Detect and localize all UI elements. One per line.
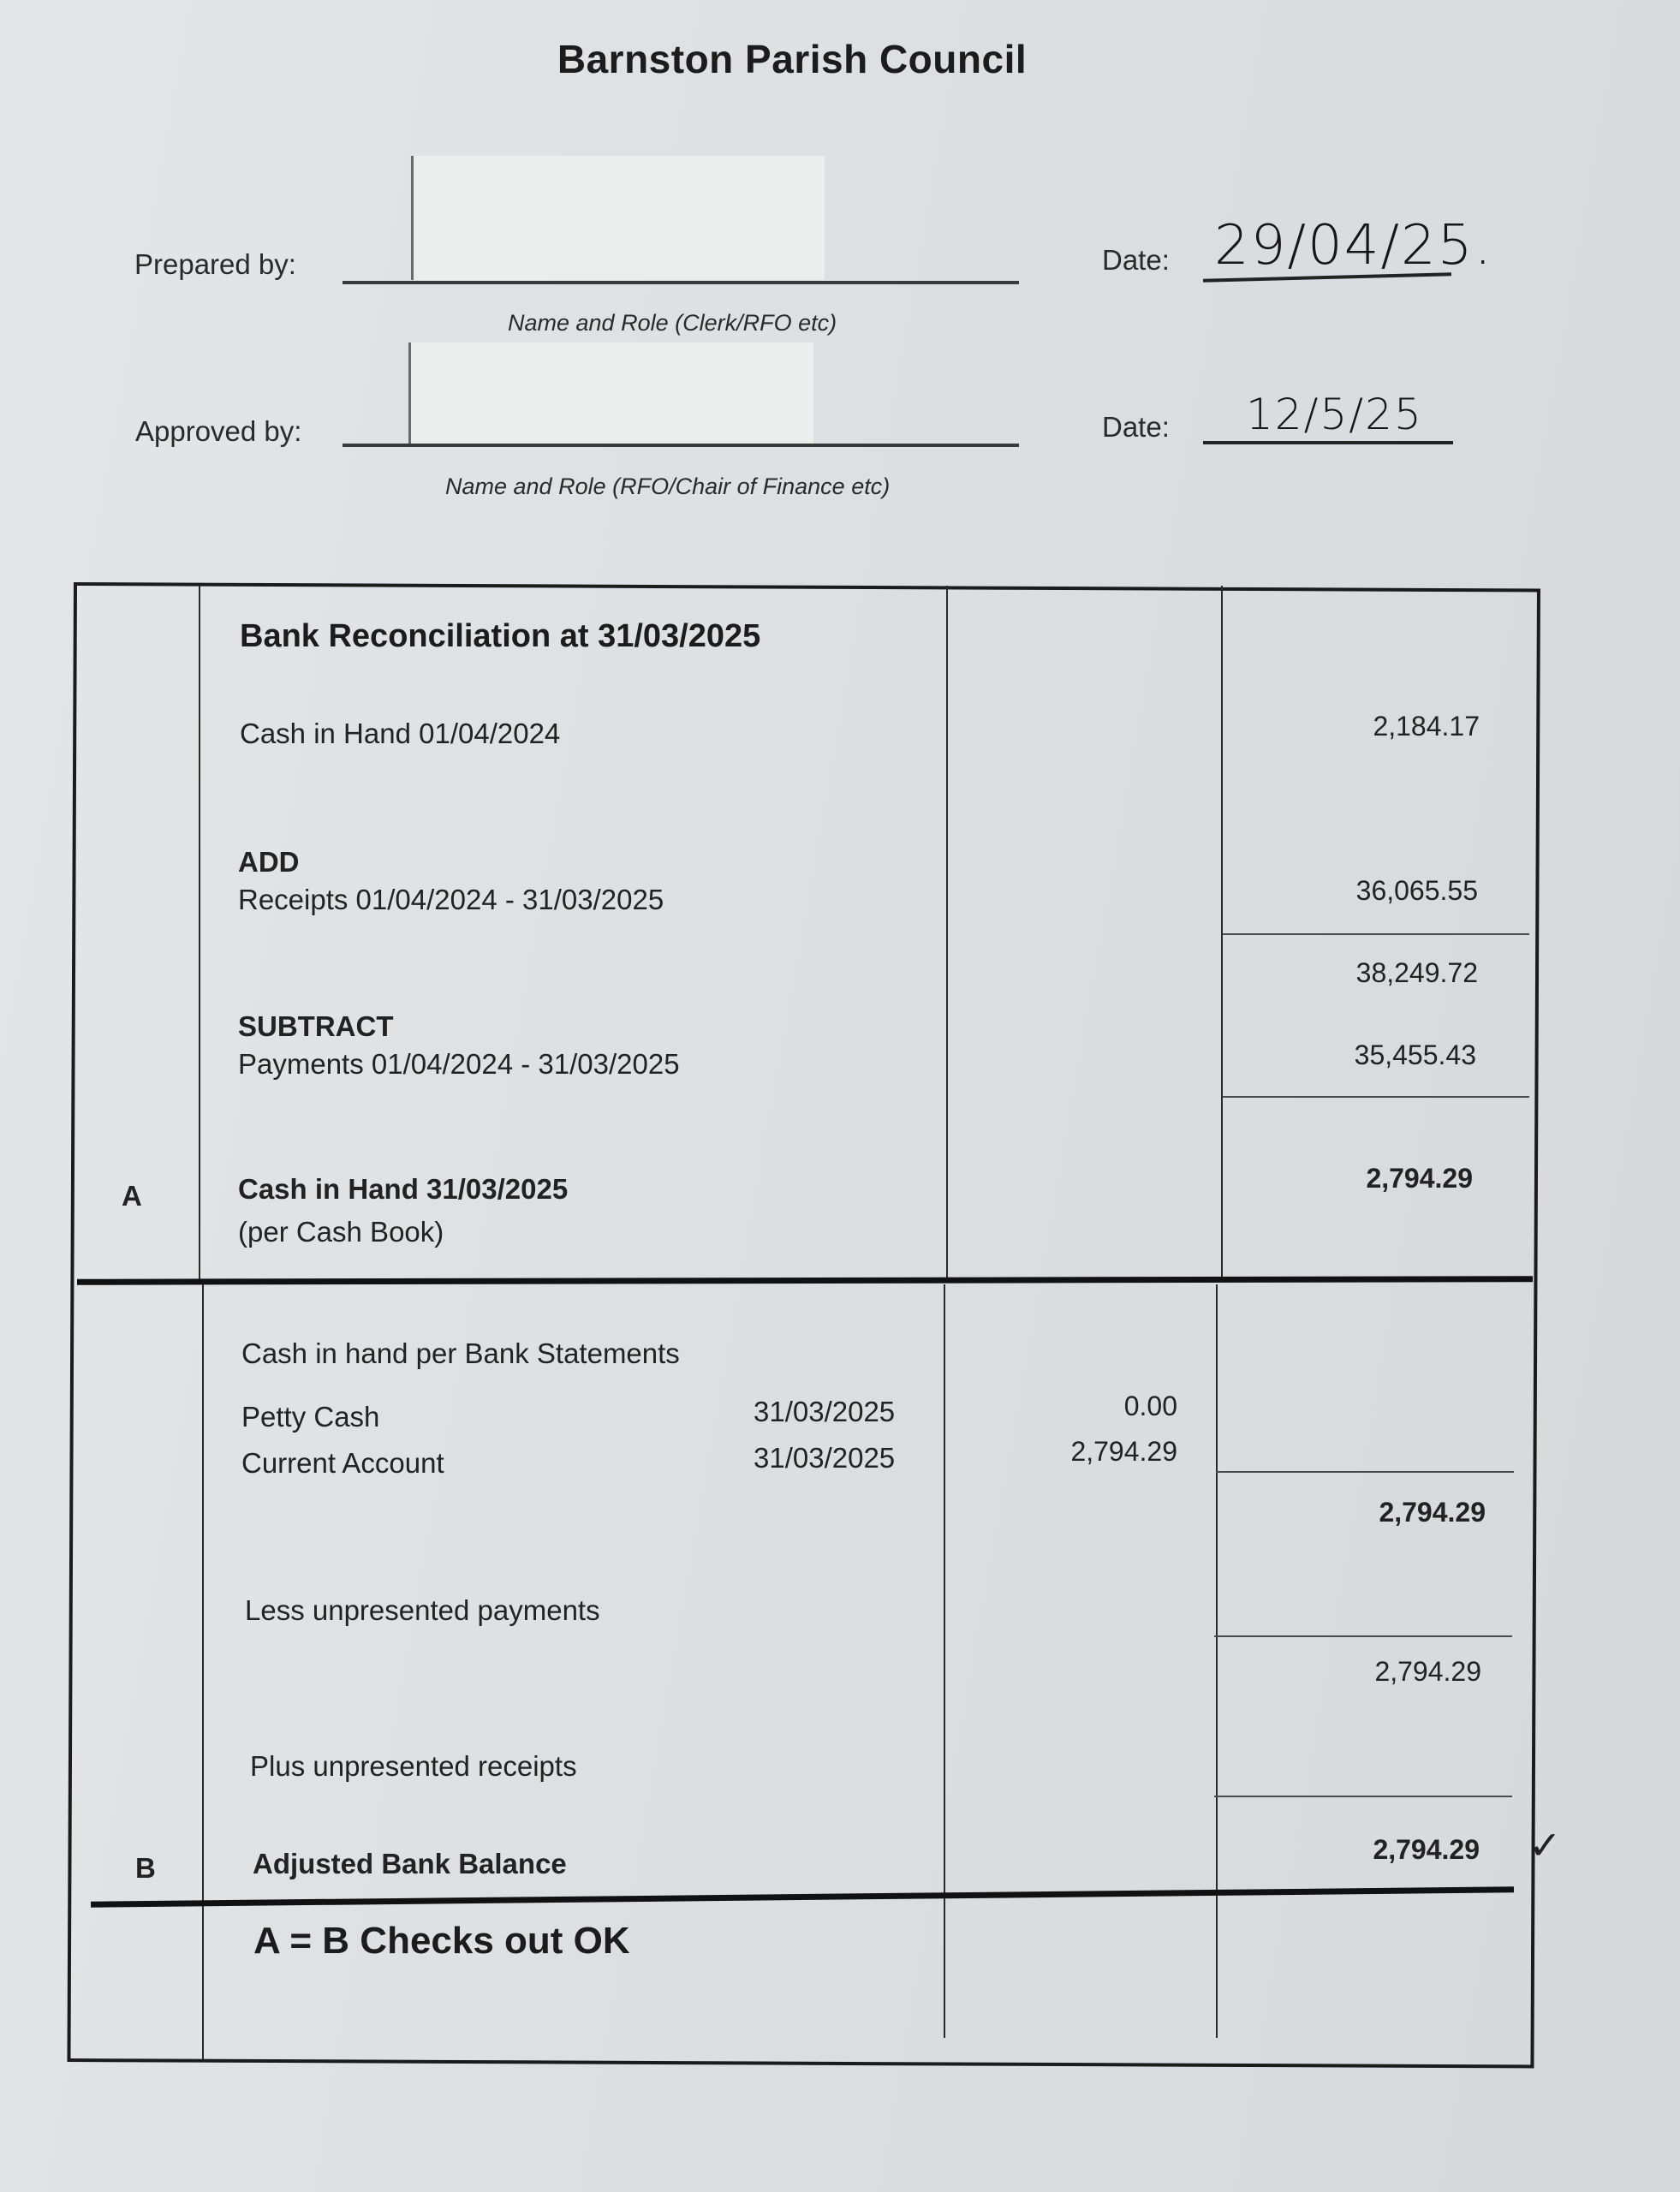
after-payments-value: 2,794.29 xyxy=(1259,1656,1481,1688)
plus-unpresented-label: Plus unpresented receipts xyxy=(250,1750,577,1783)
approved-signature-line xyxy=(343,444,1019,447)
column-divider xyxy=(202,1284,204,2059)
conclusion-text: A = B Checks out OK xyxy=(253,1920,630,1963)
approved-by-label: Approved by: xyxy=(135,415,301,448)
account-date: 31/03/2025 xyxy=(754,1442,895,1474)
subtotal-rule xyxy=(1223,933,1529,935)
opening-balance-label: Cash in Hand 01/04/2024 xyxy=(240,718,560,750)
closing-balance-value: 2,794.29 xyxy=(1250,1163,1473,1194)
payments-value: 35,455.43 xyxy=(1254,1039,1476,1071)
column-divider xyxy=(199,586,200,1281)
closing-balance-sublabel: (per Cash Book) xyxy=(238,1216,444,1248)
subtotal-rule xyxy=(1214,1796,1512,1797)
account-date: 31/03/2025 xyxy=(754,1396,895,1428)
prepared-caption: Name and Role (Clerk/RFO etc) xyxy=(508,310,837,337)
approved-caption: Name and Role (RFO/Chair of Finance etc) xyxy=(445,474,890,500)
column-divider xyxy=(944,1284,945,2038)
account-name: Petty Cash xyxy=(241,1401,379,1433)
adjusted-balance-label: Adjusted Bank Balance xyxy=(253,1848,567,1880)
subtotal-rule xyxy=(1216,1471,1514,1473)
page-title: Barnston Parish Council xyxy=(0,36,1584,82)
receipts-label: Receipts 01/04/2024 - 31/03/2025 xyxy=(238,884,664,916)
bank-statements-heading: Cash in hand per Bank Statements xyxy=(241,1337,680,1370)
subtotal-rule xyxy=(1214,1635,1512,1637)
receipts-value: 36,065.55 xyxy=(1255,875,1478,907)
add-label: ADD xyxy=(238,846,300,879)
prepared-by-label: Prepared by: xyxy=(134,248,296,281)
prepared-signature-line xyxy=(343,281,1019,284)
opening-balance-value: 2,184.17 xyxy=(1257,711,1480,742)
prepared-date-value: 29/04/25. xyxy=(1214,214,1493,277)
payments-label: Payments 01/04/2024 - 31/03/2025 xyxy=(238,1048,680,1081)
marker-a: A xyxy=(122,1180,142,1212)
subtotal-rule xyxy=(1223,1096,1529,1098)
redacted-signature-approved xyxy=(408,342,813,444)
closing-balance-label: Cash in Hand 31/03/2025 xyxy=(238,1173,568,1206)
account-value: 2,794.29 xyxy=(955,1436,1177,1468)
prepared-date-label: Date: xyxy=(1102,244,1170,277)
subtotal-value: 38,249.72 xyxy=(1255,957,1478,989)
account-name: Current Account xyxy=(241,1447,444,1480)
approved-date-line xyxy=(1203,441,1453,444)
approved-date-value: 12/5/25 xyxy=(1246,390,1423,439)
column-divider xyxy=(946,586,948,1281)
accounts-total-value: 2,794.29 xyxy=(1263,1497,1486,1528)
subtract-label: SUBTRACT xyxy=(238,1010,393,1043)
marker-b: B xyxy=(135,1852,156,1885)
column-divider xyxy=(1216,1284,1218,2038)
account-value: 0.00 xyxy=(955,1391,1177,1422)
approved-date-label: Date: xyxy=(1102,411,1170,444)
less-unpresented-label: Less unpresented payments xyxy=(245,1594,600,1627)
checkmark-icon: ✓ xyxy=(1528,1822,1562,1868)
redacted-signature-prepared xyxy=(411,156,825,280)
reconciliation-heading: Bank Reconciliation at 31/03/2025 xyxy=(240,618,760,655)
adjusted-balance-value: 2,794.29 xyxy=(1257,1834,1480,1866)
